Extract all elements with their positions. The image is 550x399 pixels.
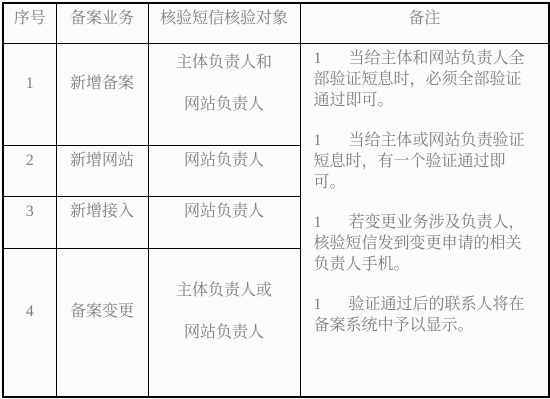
target-line: 网站负责人	[149, 150, 300, 172]
target-line: 网站负责人	[149, 201, 300, 223]
table-row: 1 新增备案 主体负责人和 网站负责人 1当给主体和网站负责人全部验证短息时，必…	[3, 43, 549, 145]
business-value: 备案变更	[57, 301, 148, 323]
remarks-cell: 1当给主体和网站负责人全部验证短息时，必须全部验证通过即可。 1当给主体或网站负…	[300, 43, 549, 397]
col-header-remarks: 备注	[300, 3, 549, 43]
target-cell: 主体负责人和 网站负责人	[148, 43, 300, 145]
business-cell: 新增备案	[56, 43, 148, 145]
seq-value: 4	[4, 301, 56, 323]
business-cell: 备案变更	[56, 248, 148, 397]
business-cell: 新增网站	[56, 145, 148, 196]
target-cell: 主体负责人或 网站负责人	[148, 248, 300, 397]
col-header-target: 核验短信核验对象	[148, 3, 300, 43]
sms-verification-table: 序号 备案业务 核验短信核验对象 备注 1 新增备案 主体负责人和 网站负责人 …	[2, 2, 550, 398]
business-value: 新增备案	[57, 73, 148, 95]
business-cell: 新增接入	[56, 196, 148, 248]
remark-item: 1当给主体和网站负责人全部验证短息时，必须全部验证通过即可。	[314, 48, 528, 111]
business-value: 新增网站	[57, 150, 148, 172]
target-line: 网站负责人	[149, 322, 300, 344]
remark-item: 1当给主体或网站负责验证短息时，有一个验证通过即可。	[314, 130, 528, 193]
seq-cell: 2	[3, 145, 56, 196]
remark-number: 1	[314, 130, 349, 151]
header-row: 序号 备案业务 核验短信核验对象 备注	[3, 3, 549, 43]
seq-cell: 4	[3, 248, 56, 397]
remark-item: 1若变更业务涉及负责人，核验短信发到变更申请的相关负责人手机。	[314, 212, 528, 275]
seq-value: 1	[4, 73, 56, 95]
target-cell: 网站负责人	[148, 196, 300, 248]
business-value: 新增接入	[57, 201, 148, 223]
seq-value: 3	[4, 201, 56, 223]
seq-cell: 3	[3, 196, 56, 248]
remark-number: 1	[314, 48, 349, 69]
col-header-seq: 序号	[3, 3, 56, 43]
target-line: 主体负责人和	[149, 52, 300, 74]
target-line: 网站负责人	[149, 94, 300, 116]
remark-item: 1验证通过后的联系人将在备案系统中予以显示。	[314, 294, 528, 336]
remark-number: 1	[314, 212, 349, 233]
seq-cell: 1	[3, 43, 56, 145]
remark-number: 1	[314, 294, 349, 315]
col-header-business: 备案业务	[56, 3, 148, 43]
target-cell: 网站负责人	[148, 145, 300, 196]
target-line: 主体负责人或	[149, 280, 300, 302]
seq-value: 2	[4, 150, 56, 172]
